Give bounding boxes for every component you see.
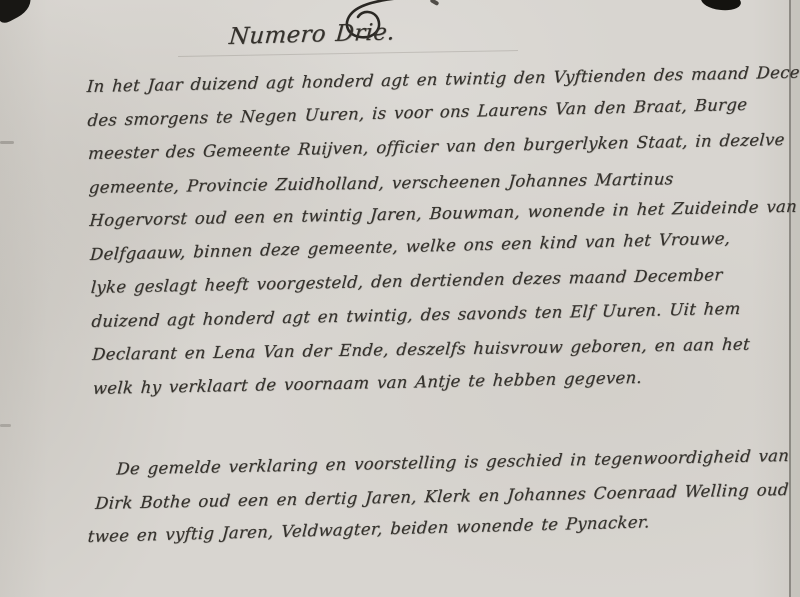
page-title: Numero Drie. (228, 19, 396, 50)
faint-ruled-line (178, 50, 518, 57)
ink-blot-top-left (0, 0, 36, 25)
document-scan: Numero Drie. In het Jaar duizend agt hon… (0, 0, 800, 597)
edge-smudge (0, 141, 14, 144)
page-edge-line (789, 0, 791, 597)
ink-tick-top (430, 0, 440, 6)
edge-smudge (0, 424, 11, 427)
page-edge-margin (791, 0, 800, 597)
record-paragraph-1: In het Jaar duizend agt honderd agt en t… (85, 57, 760, 405)
ink-blot-top (700, 0, 742, 12)
record-paragraph-2: De gemelde verklaring en voorstelling is… (93, 440, 763, 554)
record-text: In het Jaar duizend agt honderd agt en t… (85, 57, 763, 554)
